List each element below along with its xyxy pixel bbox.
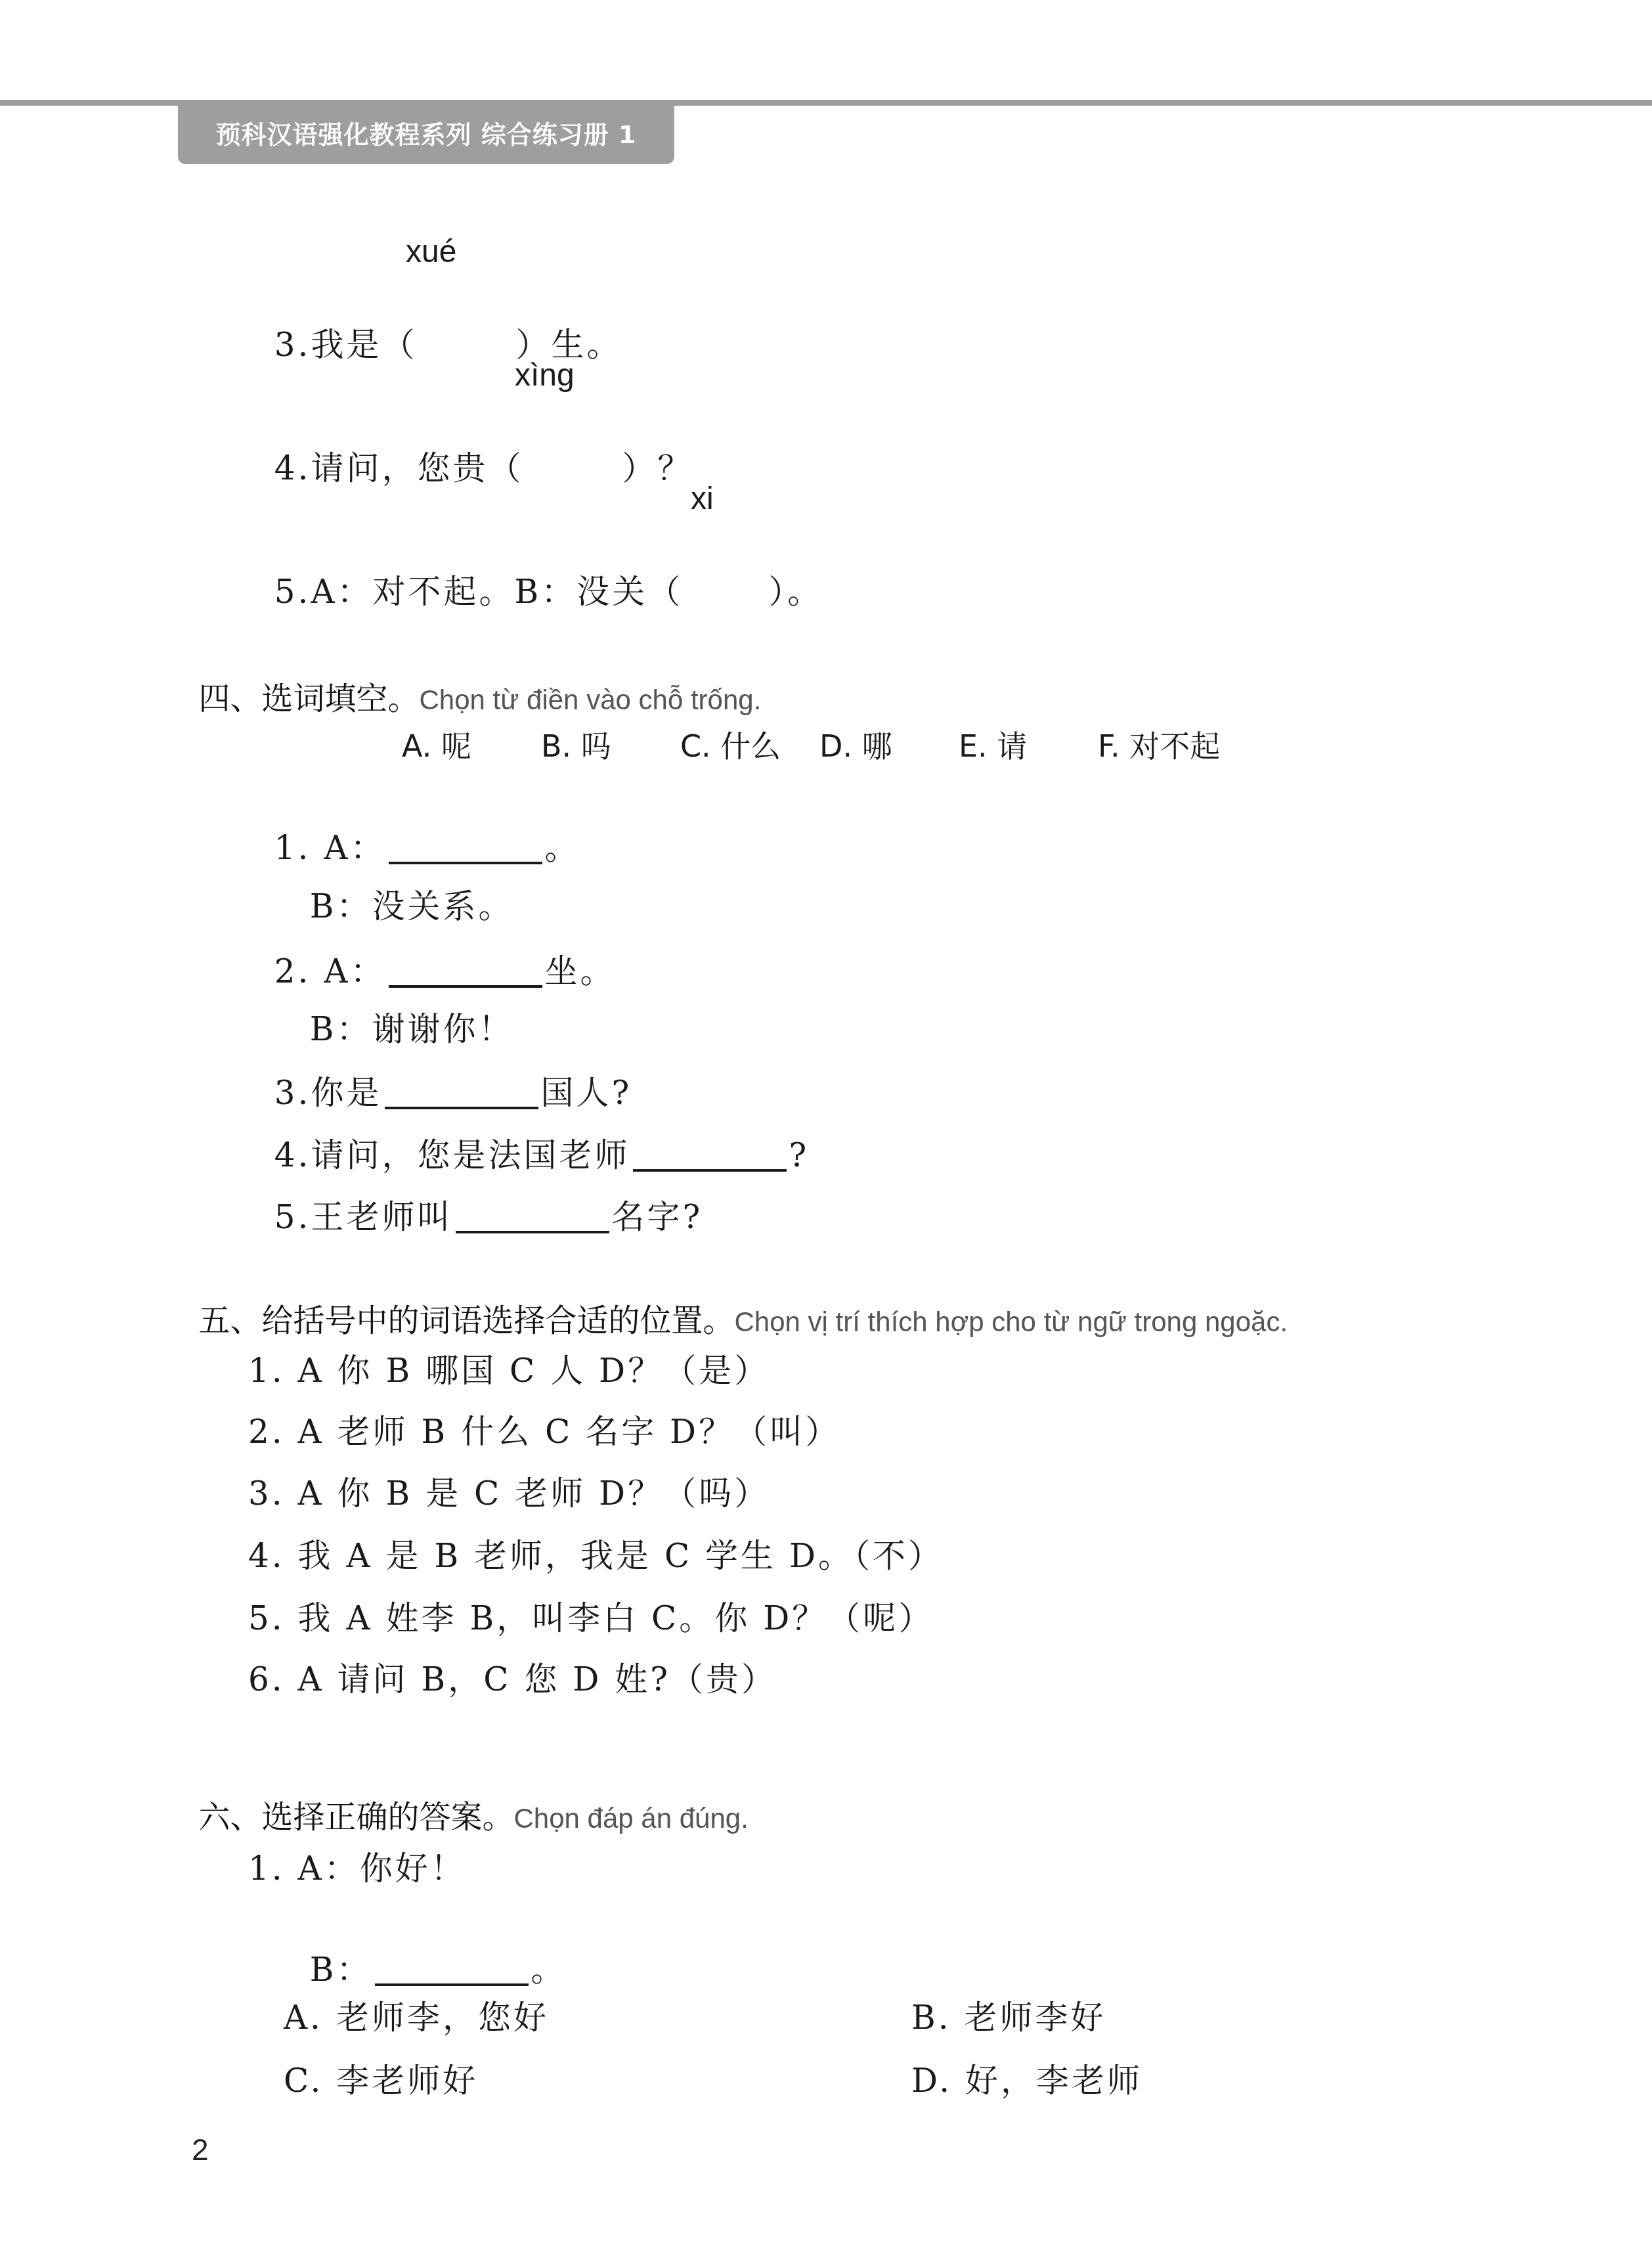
answer-blank[interactable]	[375, 1951, 529, 1986]
exercise-line: 4. 我 A 是 B 老师，我是 C 学生 D。（不）	[248, 1539, 944, 1572]
exercise-line: 5.A：对不起。B：没关（）。	[248, 542, 823, 608]
pinyin-hint: xué	[406, 236, 456, 268]
pinyin-hint: xi	[691, 483, 714, 515]
section-heading-5: 五、给括号中的词语选择合适的位置。Chọn vị trí thích hợp c…	[179, 1273, 1288, 1337]
exercise-line: B：谢谢你！	[284, 980, 514, 1046]
exercise-line: 4.请问，您是法国老师?	[248, 1103, 809, 1172]
word-option: F. 对不起	[1098, 731, 1237, 761]
book-series-title: 预科汉语强化教程系列 综合练习册 1	[216, 114, 637, 150]
choice-d[interactable]: D. 好，李老师	[911, 2064, 1142, 2097]
exercise-line: 1. A：。	[248, 796, 580, 864]
section-heading-4: 四、选词填空。Chọn từ điền vào chỗ trống.	[179, 652, 761, 715]
page-number: 2	[192, 2135, 209, 2165]
answer-blank[interactable]	[456, 1198, 609, 1233]
word-option: E. 请	[959, 731, 1098, 761]
choice-b[interactable]: B. 老师李好	[911, 2001, 1106, 2034]
choice-c[interactable]: C. 李老师好	[284, 2064, 478, 2097]
exercise-line: B：。	[284, 1918, 567, 1986]
exercise-line: B：没关系。	[284, 857, 514, 923]
word-bank: A. 呢 B. 吗 C. 什么 D. 哪 E. 请 F. 对不起	[402, 731, 1237, 761]
section-heading-6: 六、选择正确的答案。Chọn đáp án đúng.	[179, 1770, 749, 1833]
exercise-line: 6. A 请问 B，C 您 D 姓?（贵）	[248, 1663, 777, 1696]
word-option: C. 什么	[680, 731, 819, 761]
exercise-line: 3.我是（）生。	[248, 296, 622, 361]
exercise-line: 1. A 你 B 哪国 C 人 D？（是）	[248, 1354, 770, 1387]
exercise-line: 5.王老师叫名字?	[248, 1165, 703, 1233]
exercise-line: 1. A：你好！	[248, 1852, 466, 1885]
exercise-line: 3.你是国人?	[248, 1041, 632, 1109]
exercise-line: 2. A：坐。	[248, 919, 616, 988]
exercise-line: 2. A 老师 B 什么 C 名字 D？（叫）	[248, 1415, 840, 1448]
book-series-tab: 预科汉语强化教程系列 综合练习册 1	[178, 100, 674, 164]
exercise-line: 3. A 你 B 是 C 老师 D？（吗）	[248, 1477, 770, 1510]
pinyin-hint: xìng	[515, 360, 575, 391]
word-option: A. 呢	[402, 731, 541, 761]
word-option: D. 哪	[819, 731, 959, 761]
exercise-line: 4.请问，您贵（）？	[248, 419, 693, 485]
exercise-line: 5. 我 A 姓李 B，叫李白 C。你 D？（呢）	[248, 1602, 934, 1635]
choice-a[interactable]: A. 老师李，您好	[284, 2001, 549, 2034]
word-option: B. 吗	[541, 731, 680, 761]
